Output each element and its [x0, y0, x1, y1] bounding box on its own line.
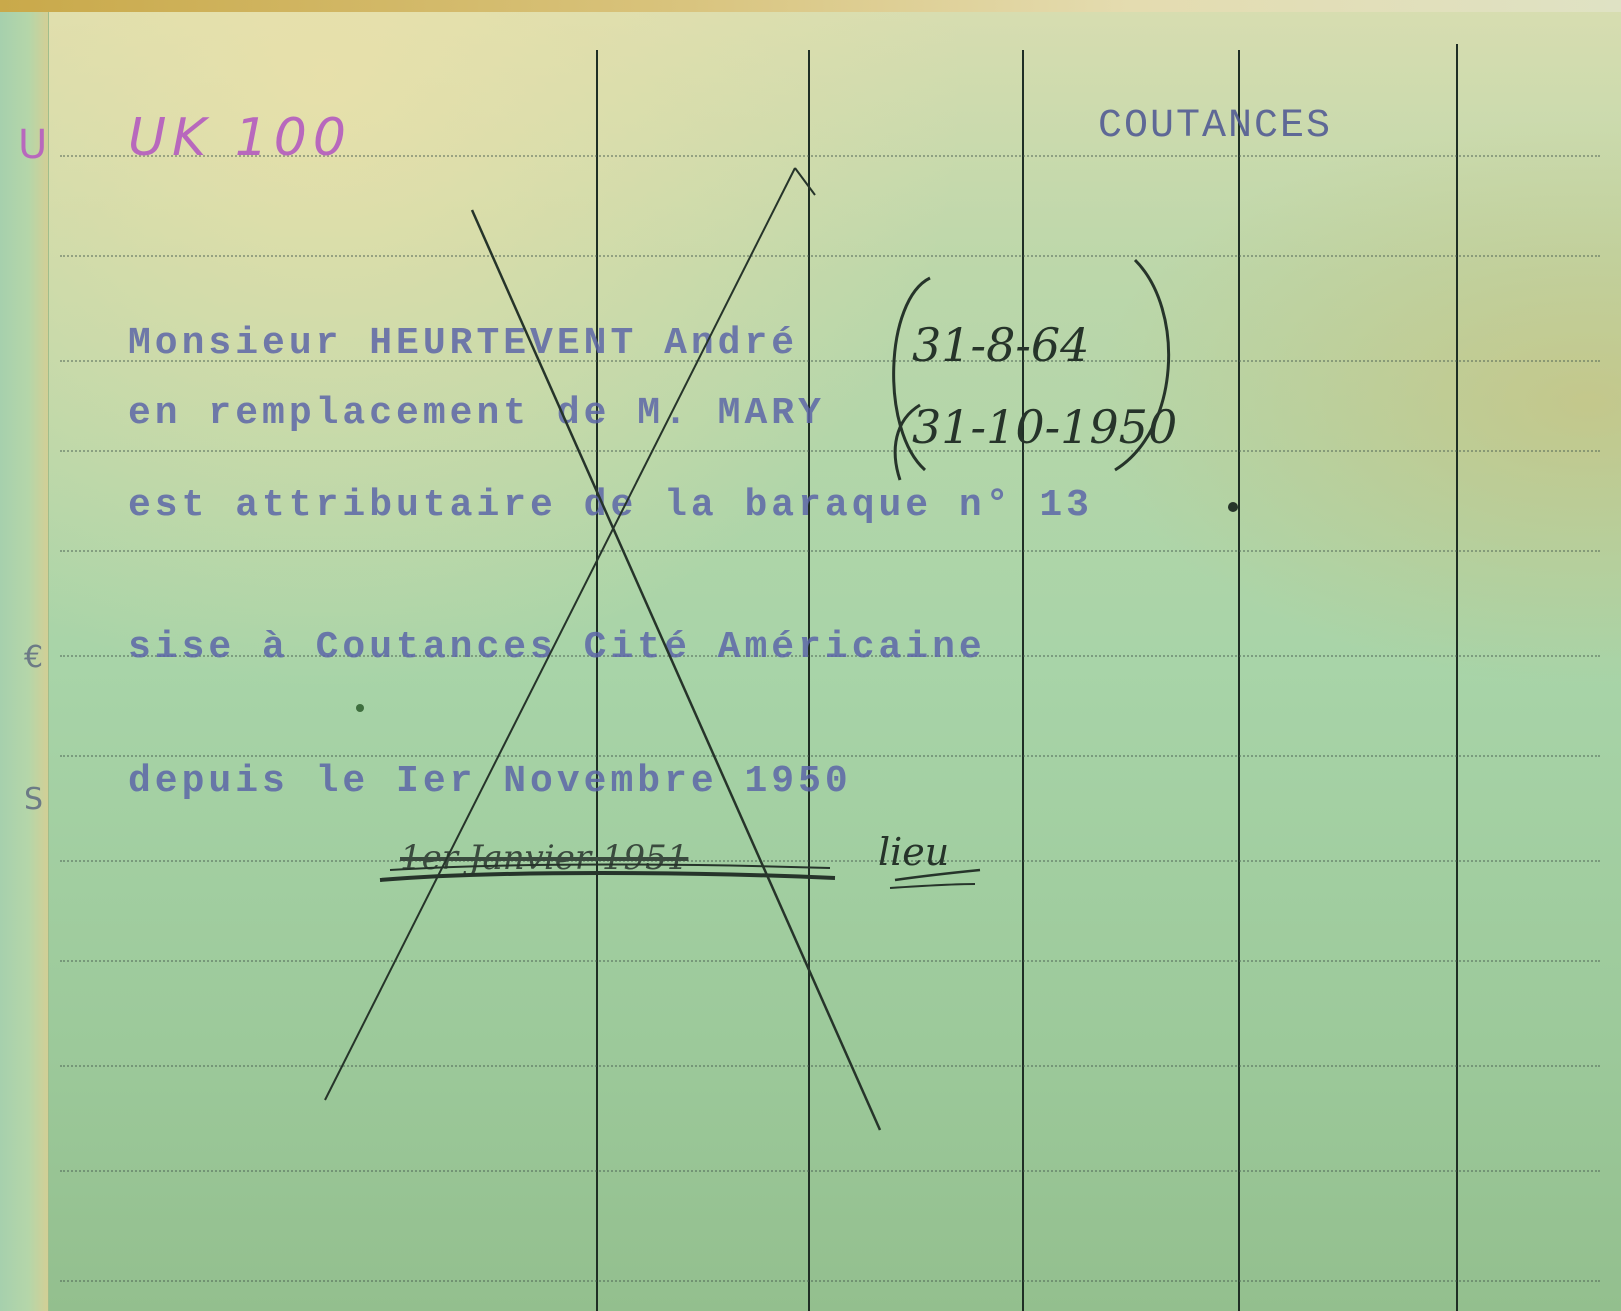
handwritten-date-upper: 31-8-64 [912, 318, 1089, 372]
dotted-guide [60, 1170, 1600, 1172]
margin-mark-left-1: € [24, 640, 43, 675]
typed-line-replacement: en remplacement de M. MARY [128, 392, 825, 435]
dotted-guide [60, 550, 1600, 552]
handwritten-note: lieu [878, 830, 949, 874]
dotted-guide [60, 860, 1600, 862]
dotted-guide [60, 1280, 1600, 1282]
dotted-guide [60, 255, 1600, 257]
dotted-guide [60, 960, 1600, 962]
place-stamp: COUTANCES [1098, 104, 1332, 149]
column-rule-3 [1022, 50, 1024, 1311]
typed-line-location: sise à Coutances Cité Américaine [128, 626, 986, 669]
typed-line-since: depuis le Ier Novembre 1950 [128, 760, 852, 803]
reference-number: UK 100 [128, 108, 352, 168]
typed-line-name: Monsieur HEURTEVENT André [128, 322, 798, 365]
dotted-guide [60, 1065, 1600, 1067]
dotted-guide [60, 755, 1600, 757]
dotted-guide [60, 450, 1600, 452]
handwritten-date-lower: 31-10-1950 [912, 400, 1177, 454]
typed-line-attribution: est attributaire de la baraque n° 13 [128, 484, 1093, 527]
column-rule-4 [1238, 50, 1240, 1311]
column-rule-1 [596, 50, 598, 1311]
margin-mark-top: U [18, 122, 47, 168]
column-rule-5 [1456, 44, 1458, 1311]
margin-mark-left-2: S [24, 782, 43, 817]
column-rule-2 [808, 50, 810, 1311]
struck-handwritten-date: 1er Janvier 1951 [400, 838, 688, 878]
